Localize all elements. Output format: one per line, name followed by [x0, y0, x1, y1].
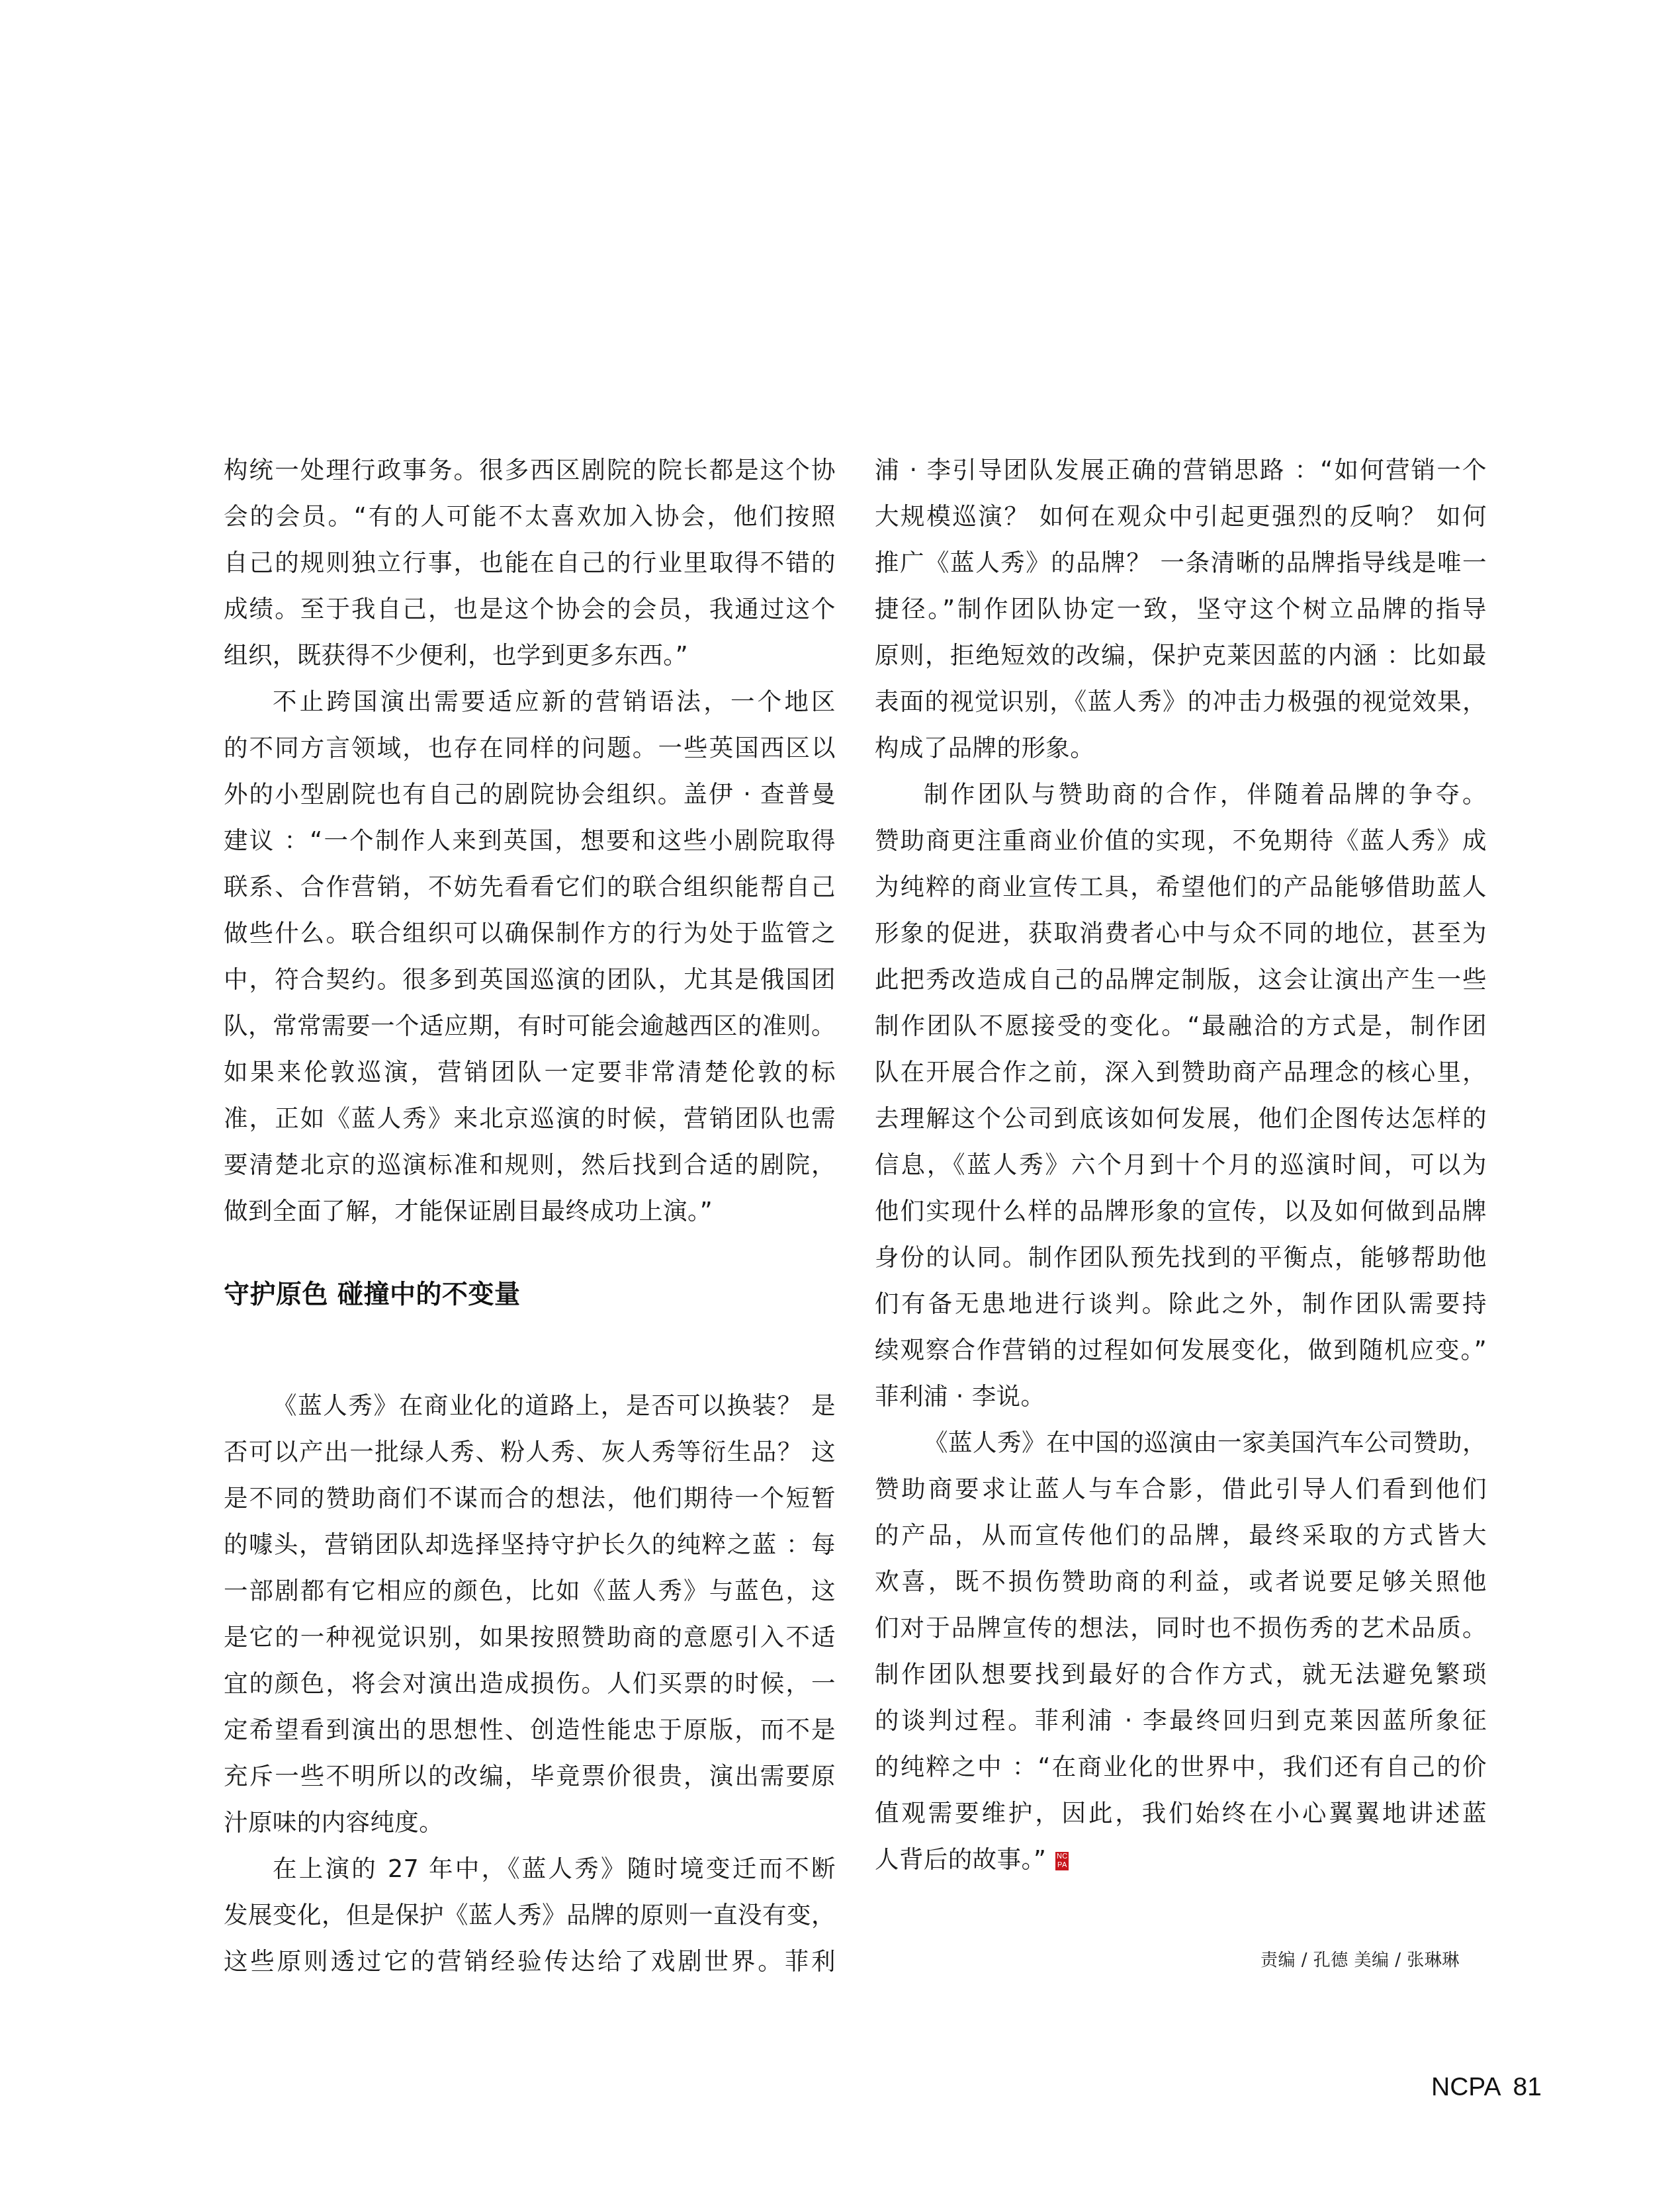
text-line: 是它的一种视觉识别，如果按照赞助商的意愿引入不适 [224, 1614, 836, 1661]
text-line: 制作团队不愿接受的变化。“最融洽的方式是，制作团 [875, 1003, 1487, 1049]
paragraph-2: 制作团队与赞助商的合作，伴随着品牌的争夺。 赞助商更注重商业价值的实现，不免期待… [875, 771, 1487, 1420]
text-line: 构成了品牌的形象。 [875, 725, 1487, 771]
text-line: 身份的认同。制作团队预先找到的平衡点，能够帮助他 [875, 1235, 1487, 1281]
text-line: 成绩。至于我自己，也是这个协会的会员，我通过这个 [224, 586, 836, 633]
text-line: 构统一处理行政事务。很多西区剧院的院长都是这个协 [224, 447, 836, 494]
ncpa-logo-icon: NCPA [1055, 1852, 1069, 1870]
right-column: 浦 · 李引导团队发展正确的营销思路 ：“如何营销一个 大规模巡演？ 如何在观众… [875, 447, 1487, 1883]
paragraph-2: 不止跨国演出需要适应新的营销语法，一个地区 的不同方言领域，也存在同样的问题。一… [224, 679, 836, 1235]
text-line: 形象的促进，获取消费者心中与众不同的地位，甚至为 [875, 910, 1487, 957]
text-line: 外的小型剧院也有自己的剧院协会组织。盖伊 · 查普曼 [224, 771, 836, 818]
text-line: 值观需要维护，因此，我们始终在小心翼翼地讲述蓝 [875, 1790, 1487, 1837]
text-line: 的纯粹之中 ：“在商业化的世界中，我们还有自己的价 [875, 1744, 1487, 1790]
text-line: 去理解这个公司到底该如何发展，他们企图传达怎样的 [875, 1096, 1487, 1142]
text-line: 宜的颜色，将会对演出造成损伤。人们买票的时候，一 [224, 1661, 836, 1707]
text-line: 自己的规则独立行事，也能在自己的行业里取得不错的 [224, 540, 836, 586]
text-line: 捷径。”制作团队协定一致，坚守这个树立品牌的指导 [875, 586, 1487, 633]
text-line: 此把秀改造成自己的品牌定制版，这会让演出产生一些 [875, 957, 1487, 1003]
text-line: 发展变化，但是保护《蓝人秀》品牌的原则一直没有变， [224, 1892, 836, 1939]
text-line: 菲利浦 · 李说。 [875, 1374, 1487, 1420]
magazine-name: NCPA [1431, 2073, 1501, 2101]
text-line: 队在开展合作之前，深入到赞助商产品理念的核心里， [875, 1049, 1487, 1096]
text-line: 队，常常需要一个适应期，有时可能会逾越西区的准则。 [224, 1003, 836, 1049]
text-line: 他们实现什么样的品牌形象的宣传，以及如何做到品牌 [875, 1188, 1487, 1235]
text-line: 中，符合契约。很多到英国巡演的团队，尤其是俄国团 [224, 957, 836, 1003]
text-line: 制作团队与赞助商的合作，伴随着品牌的争夺。 [875, 771, 1487, 818]
text-line: 们对于品牌宣传的想法，同时也不损伤秀的艺术品质。 [875, 1605, 1487, 1651]
paragraph-4: 在上演的 27 年中，《蓝人秀》随时境变迁而不断 发展变化，但是保护《蓝人秀》品… [224, 1846, 836, 1985]
text-line: 们有备无患地进行谈判。除此之外，制作团队需要持 [875, 1281, 1487, 1327]
text-line: 不止跨国演出需要适应新的营销语法，一个地区 [224, 679, 836, 725]
text-line: 建议 ：“一个制作人来到英国，想要和这些小剧院取得 [224, 818, 836, 864]
text-line: 制作团队想要找到最好的合作方式，就无法避免繁琐 [875, 1651, 1487, 1698]
text-line: 充斥一些不明所以的改编，毕竟票价很贵，演出需要原 [224, 1753, 836, 1800]
text-line: 浦 · 李引导团队发展正确的营销思路 ：“如何营销一个 [875, 447, 1487, 494]
paragraph-1: 浦 · 李引导团队发展正确的营销思路 ：“如何营销一个 大规模巡演？ 如何在观众… [875, 447, 1487, 771]
end-mark-line1: NC [1055, 1853, 1069, 1861]
text-line: 定希望看到演出的思想性、创造性能忠于原版，而不是 [224, 1707, 836, 1753]
paragraph-1: 构统一处理行政事务。很多西区剧院的院长都是这个协 会的会员。“有的人可能不太喜欢… [224, 447, 836, 679]
text-line: 推广《蓝人秀》的品牌？ 一条清晰的品牌指导线是唯一 [875, 540, 1487, 586]
text-line: 的不同方言领域，也存在同样的问题。一些英国西区以 [224, 725, 836, 771]
text-line: 为纯粹的商业宣传工具，希望他们的产品能够借助蓝人 [875, 864, 1487, 910]
text-line: 做到全面了解，才能保证剧目最终成功上演。” [224, 1188, 836, 1235]
text-line: 赞助商要求让蓝人与车合影，借此引导人们看到他们 [875, 1466, 1487, 1512]
text-line: 会的会员。“有的人可能不太喜欢加入协会，他们按照 [224, 494, 836, 540]
text-line-content: 人背后的故事。” [875, 1845, 1046, 1874]
left-column: 构统一处理行政事务。很多西区剧院的院长都是这个协 会的会员。“有的人可能不太喜欢… [224, 447, 836, 1985]
section-heading: 守护原色 碰撞中的不变量 [224, 1272, 836, 1318]
text-line: 是不同的赞助商们不谋而合的想法，他们期待一个短暂 [224, 1475, 836, 1522]
paragraph-3: 《蓝人秀》在商业化的道路上，是否可以换装？ 是 否可以产出一批绿人秀、粉人秀、灰… [224, 1383, 836, 1846]
text-line: 否可以产出一批绿人秀、粉人秀、灰人秀等衍生品？ 这 [224, 1429, 836, 1475]
text-line-last: 人背后的故事。”NCPA [875, 1837, 1487, 1883]
text-line: 如果来伦敦巡演，营销团队一定要非常清楚伦敦的标 [224, 1049, 836, 1096]
text-line: 在上演的 27 年中，《蓝人秀》随时境变迁而不断 [224, 1846, 836, 1892]
text-line: 的噱头，营销团队却选择坚持守护长久的纯粹之蓝 ：每 [224, 1522, 836, 1568]
text-line: 原则，拒绝短效的改编，保护克莱因蓝的内涵 ：比如最 [875, 633, 1487, 679]
text-line: 一部剧都有它相应的颜色，比如《蓝人秀》与蓝色，这 [224, 1568, 836, 1614]
text-line: 表面的视觉识别，《蓝人秀》的冲击力极强的视觉效果， [875, 679, 1487, 725]
text-line: 的产品，从而宣传他们的品牌，最终采取的方式皆大 [875, 1512, 1487, 1559]
end-mark-line2: PA [1055, 1861, 1069, 1870]
text-line: 赞助商更注重商业价值的实现，不免期待《蓝人秀》成 [875, 818, 1487, 864]
text-line: 联系、合作营销，不妨先看看它们的联合组织能帮自己 [224, 864, 836, 910]
text-line: 这些原则透过它的营销经验传达给了戏剧世界。菲利 [224, 1939, 836, 1985]
text-line: 续观察合作营销的过程如何发展变化，做到随机应变。” [875, 1327, 1487, 1374]
editor-credits: 责编 / 孔德 美编 / 张琳琳 [1260, 1947, 1460, 1971]
page-folio: NCPA81 [1431, 2073, 1542, 2102]
text-line: 汁原味的内容纯度。 [224, 1800, 836, 1846]
text-line: 要清楚北京的巡演标准和规则，然后找到合适的剧院， [224, 1142, 836, 1188]
text-line: 组织，既获得不少便利，也学到更多东西。” [224, 633, 836, 679]
page-number: 81 [1513, 2073, 1541, 2101]
text-line: 做些什么。联合组织可以确保制作方的行为处于监管之 [224, 910, 836, 957]
text-line: 信息，《蓝人秀》六个月到十个月的巡演时间，可以为 [875, 1142, 1487, 1188]
text-line: 大规模巡演？ 如何在观众中引起更强烈的反响？ 如何 [875, 494, 1487, 540]
text-line: 《蓝人秀》在商业化的道路上，是否可以换装？ 是 [224, 1383, 836, 1429]
paragraph-3: 《蓝人秀》在中国的巡演由一家美国汽车公司赞助， 赞助商要求让蓝人与车合影，借此引… [875, 1420, 1487, 1883]
text-line: 准，正如《蓝人秀》来北京巡演的时候，营销团队也需 [224, 1096, 836, 1142]
text-line: 欢喜，既不损伤赞助商的利益，或者说要足够关照他 [875, 1559, 1487, 1605]
text-line: 《蓝人秀》在中国的巡演由一家美国汽车公司赞助， [875, 1420, 1487, 1466]
text-line: 的谈判过程。菲利浦 · 李最终回归到克莱因蓝所象征 [875, 1698, 1487, 1744]
